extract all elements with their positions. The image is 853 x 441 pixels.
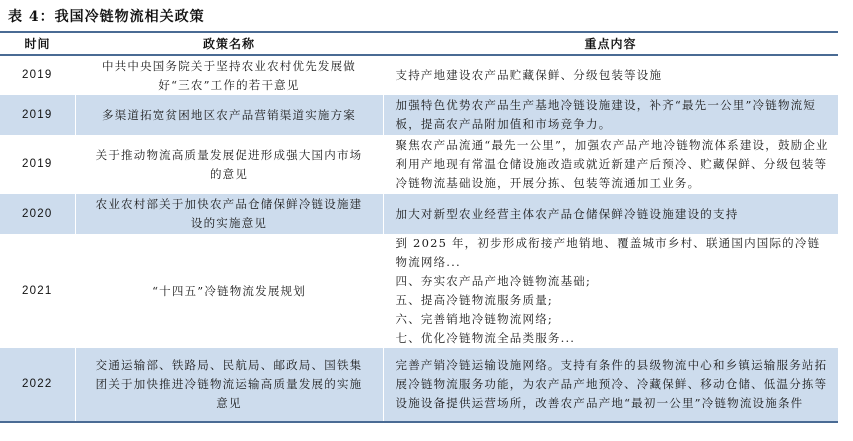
row-policy-name: 多渠道拓宽贫困地区农产品营销渠道实施方案	[75, 95, 383, 135]
content-line: 聚焦农产品流通“最先一公里”，加强农产品产地冷链物流体系建设，鼓励企业利用产地现…	[396, 136, 833, 193]
row-content: 加大对新型农业经营主体农产品仓储保鲜冷链设施建设的支持	[383, 194, 838, 234]
table-header-row: 时间 政策名称 重点内容	[0, 32, 838, 55]
row-policy-name: 农业农村部关于加快农产品仓储保鲜冷链设施建设的实施意见	[75, 194, 383, 234]
row-year: 2021	[0, 234, 75, 348]
row-year: 2020	[0, 194, 75, 234]
table-row: 2020 农业农村部关于加快农产品仓储保鲜冷链设施建设的实施意见 加大对新型农业…	[0, 194, 838, 234]
row-year: 2022	[0, 348, 75, 422]
row-year: 2019	[0, 95, 75, 135]
row-content: 聚焦农产品流通“最先一公里”，加强农产品产地冷链物流体系建设，鼓励企业利用产地现…	[383, 135, 838, 194]
row-policy-name: 中共中央国务院关于坚持农业农村优先发展做好“三农”工作的若干意见	[75, 55, 383, 95]
table-row: 2021 “十四五”冷链物流发展规划 到 2025 年，初步形成衔接产地销地、覆…	[0, 234, 838, 348]
content-line: 六、完善销地冷链物流网络;	[396, 310, 833, 329]
row-content: 到 2025 年，初步形成衔接产地销地、覆盖城市乡村、联通国内国际的冷链物流网络…	[383, 234, 838, 348]
policy-table: 时间 政策名称 重点内容 2019 中共中央国务院关于坚持农业农村优先发展做好“…	[0, 31, 838, 423]
row-content: 支持产地建设农产品贮藏保鲜、分级包装等设施	[383, 55, 838, 95]
row-content: 完善产销冷链运输设施网络。支持有条件的县级物流中心和乡镇运输服务站拓展冷链物流服…	[383, 348, 838, 422]
content-line: 到 2025 年，初步形成衔接产地销地、覆盖城市乡村、联通国内国际的冷链物流网络…	[396, 234, 833, 272]
content-line: 七、优化冷链物流全品类服务...	[396, 329, 833, 348]
table-title: 表 4：我国冷链物流相关政策	[8, 6, 205, 26]
row-year: 2019	[0, 55, 75, 95]
header-year: 时间	[0, 32, 75, 55]
row-year: 2019	[0, 135, 75, 194]
content-line: 完善产销冷链运输设施网络。支持有条件的县级物流中心和乡镇运输服务站拓展冷链物流服…	[396, 356, 833, 413]
table-row: 2019 关于推动物流高质量发展促进形成强大国内市场的意见 聚焦农产品流通“最先…	[0, 135, 838, 194]
content-line: 四、夯实农产品产地冷链物流基础;	[396, 272, 833, 291]
row-content: 加强特色优势农产品生产基地冷链设施建设，补齐“最先一公里”冷链物流短板，提高农产…	[383, 95, 838, 135]
content-line: 支持产地建设农产品贮藏保鲜、分级包装等设施	[396, 66, 833, 85]
row-policy-name: 关于推动物流高质量发展促进形成强大国内市场的意见	[75, 135, 383, 194]
header-key-content: 重点内容	[383, 32, 838, 55]
content-line: 加大对新型农业经营主体农产品仓储保鲜冷链设施建设的支持	[396, 205, 833, 224]
content-line: 加强特色优势农产品生产基地冷链设施建设，补齐“最先一公里”冷链物流短板，提高农产…	[396, 96, 833, 134]
table-row: 2022 交通运输部、铁路局、民航局、邮政局、国铁集团关于加快推进冷链物流运输高…	[0, 348, 838, 422]
table-row: 2019 多渠道拓宽贫困地区农产品营销渠道实施方案 加强特色优势农产品生产基地冷…	[0, 95, 838, 135]
header-policy-name: 政策名称	[75, 32, 383, 55]
row-policy-name: “十四五”冷链物流发展规划	[75, 234, 383, 348]
content-line: 五、提高冷链物流服务质量;	[396, 291, 833, 310]
row-policy-name: 交通运输部、铁路局、民航局、邮政局、国铁集团关于加快推进冷链物流运输高质量发展的…	[75, 348, 383, 422]
table-row: 2019 中共中央国务院关于坚持农业农村优先发展做好“三农”工作的若干意见 支持…	[0, 55, 838, 95]
